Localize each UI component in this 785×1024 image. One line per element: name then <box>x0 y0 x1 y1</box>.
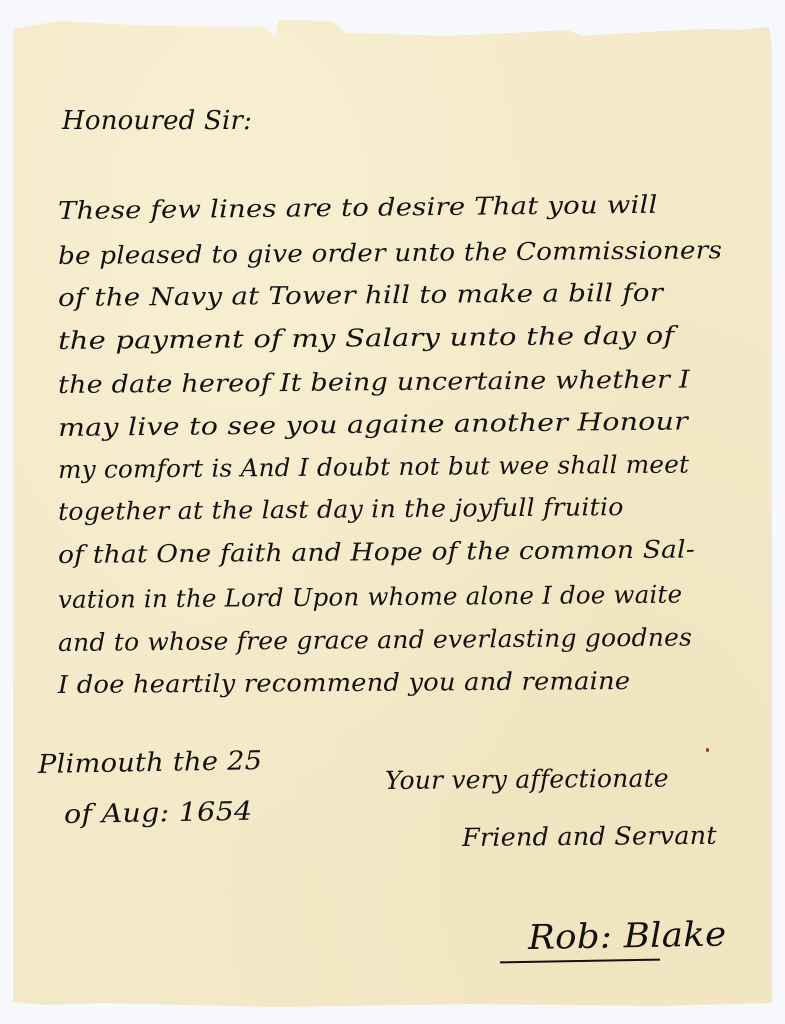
letter-line-5: the date hereof It being uncertaine whet… <box>58 364 690 399</box>
letter-line-9: of that One faith and Hope of the common… <box>58 534 695 569</box>
letter-line-10: vation in the Lord Upon whome alone I do… <box>58 580 682 614</box>
place-date-line-1: Plimouth the 25 <box>38 741 263 785</box>
closing-line-1: Your very affectionate <box>385 764 669 795</box>
salutation: Honoured Sir: <box>62 106 252 136</box>
letter-line-4: the payment of my Salary unto the day of <box>58 321 675 355</box>
letter-line-7: my comfort is And I doubt not but wee sh… <box>58 449 689 484</box>
letter-line-12: I doe heartily recommend you and remaine <box>58 666 630 699</box>
letter-line-3: of the Navy at Tower hill to make a bill… <box>58 278 663 312</box>
closing-line-2: Friend and Servant <box>462 821 717 852</box>
letter-line-2: be pleased to give order unto the Commis… <box>58 235 722 270</box>
ink-speck <box>706 748 709 752</box>
letter-line-11: and to whose free grace and everlasting … <box>58 622 692 657</box>
letter-line-8: together at the last day in the joyfull … <box>58 492 624 526</box>
place-date-line-2: of Aug: 1654 <box>64 792 253 835</box>
signature: Rob: Blake <box>528 915 727 958</box>
